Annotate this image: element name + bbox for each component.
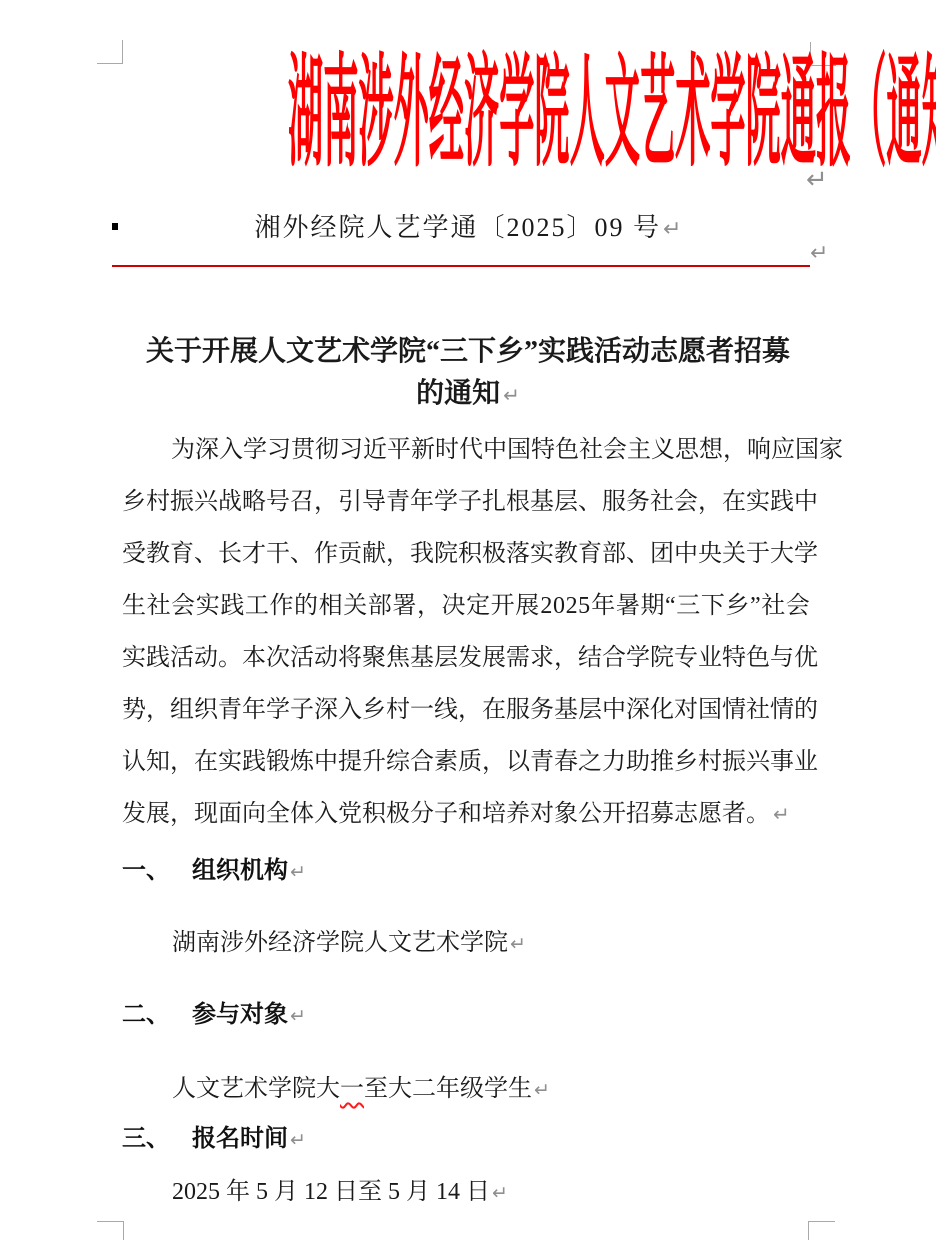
paragraph-mark-icon: ↵ [806,165,828,195]
section-heading-registration-time: 三、报名时间↵ [122,1126,306,1153]
notice-heading-line1: 关于开展人文艺术学院“三下乡”实践活动志愿者招募 [0,331,936,373]
section-title: 报名时间 [192,1125,288,1152]
text-boundary-corner-bottom-left-icon [97,1221,124,1240]
body-line: 实践活动。本次活动将聚焦基层发展需求，结合学院专业特色与优 [122,632,810,684]
body-line: 生社会实践工作的相关部署，决定开展 2025 年暑期“三下乡”社会 [122,580,810,632]
section-number: 三、 [122,1125,170,1152]
paragraph-mark-icon: ↵ [663,217,681,242]
document-page: 湖南涉外经济学院人文艺术学院通报（通知） ↵ 湘外经院人艺学通〔2025〕09 … [0,0,936,1240]
section-item-participants: 人文艺术学院大一至大二年级学生↵ [172,1076,550,1103]
doc-number: 湘外经院人艺学通〔2025〕09 号 [255,213,662,242]
notice-heading-line2: 的通知↵ [0,373,936,416]
paragraph-mark-icon: ↵ [290,1129,306,1151]
section-number: 一、 [122,857,170,884]
section-title: 参与对象 [192,1001,288,1028]
paragraph-property-square-icon [112,223,118,230]
paragraph-mark-icon: ↵ [290,1005,306,1027]
masthead-rule [112,265,810,267]
notice-heading: 关于开展人文艺术学院“三下乡”实践活动志愿者招募 的通知↵ [0,331,936,416]
paragraph-mark-icon: ↵ [534,1079,550,1101]
section-heading-participants: 二、参与对象↵ [122,1002,306,1029]
section-item-organization: 湖南涉外经济学院人文艺术学院↵ [172,930,526,957]
paragraph-mark-icon: ↵ [492,1182,508,1204]
body-line: 受教育、长才干、作贡献，我院积极落实教育部、团中央关于大学 [122,528,810,580]
masthead-title: 湖南涉外经济学院人文艺术学院通报（通知） [288,50,936,178]
paragraph-mark-icon: ↵ [773,802,790,826]
notice-body: 为深入学习贯彻习近平新时代中国特色社会主义思想，响应国家 乡村振兴战略号召，引导… [122,424,810,840]
paragraph-mark-icon: ↵ [503,383,520,407]
section-heading-organization: 一、组织机构↵ [122,858,306,885]
section-title: 组织机构 [192,857,288,884]
text-boundary-corner-bottom-right-icon [808,1221,835,1240]
spellcheck-squiggle: 一 [340,1076,364,1102]
masthead: 湖南涉外经济学院人文艺术学院通报（通知） [0,50,936,117]
paragraph-mark-icon: ↵ [510,933,526,955]
paragraph-mark-icon: ↵ [810,241,828,266]
doc-number-line: 湘外经院人艺学通〔2025〕09 号↵ [0,207,936,244]
section-number: 二、 [122,1001,170,1028]
body-line: 发展，现面向全体入党积极分子和培养对象公开招募志愿者。↵ [122,788,810,840]
section-item-registration-time: 2025 年 5 月 12 日至 5 月 14 日↵ [172,1179,508,1206]
body-line: 乡村振兴战略号召，引导青年学子扎根基层、服务社会，在实践中 [122,476,810,528]
body-line: 认知，在实践锻炼中提升综合素质，以青春之力助推乡村振兴事业 [122,736,810,788]
body-line: 势，组织青年学子深入乡村一线，在服务基层中深化对国情社情的 [122,684,810,736]
body-line: 为深入学习贯彻习近平新时代中国特色社会主义思想，响应国家 [122,424,810,476]
paragraph-mark-icon: ↵ [290,861,306,883]
